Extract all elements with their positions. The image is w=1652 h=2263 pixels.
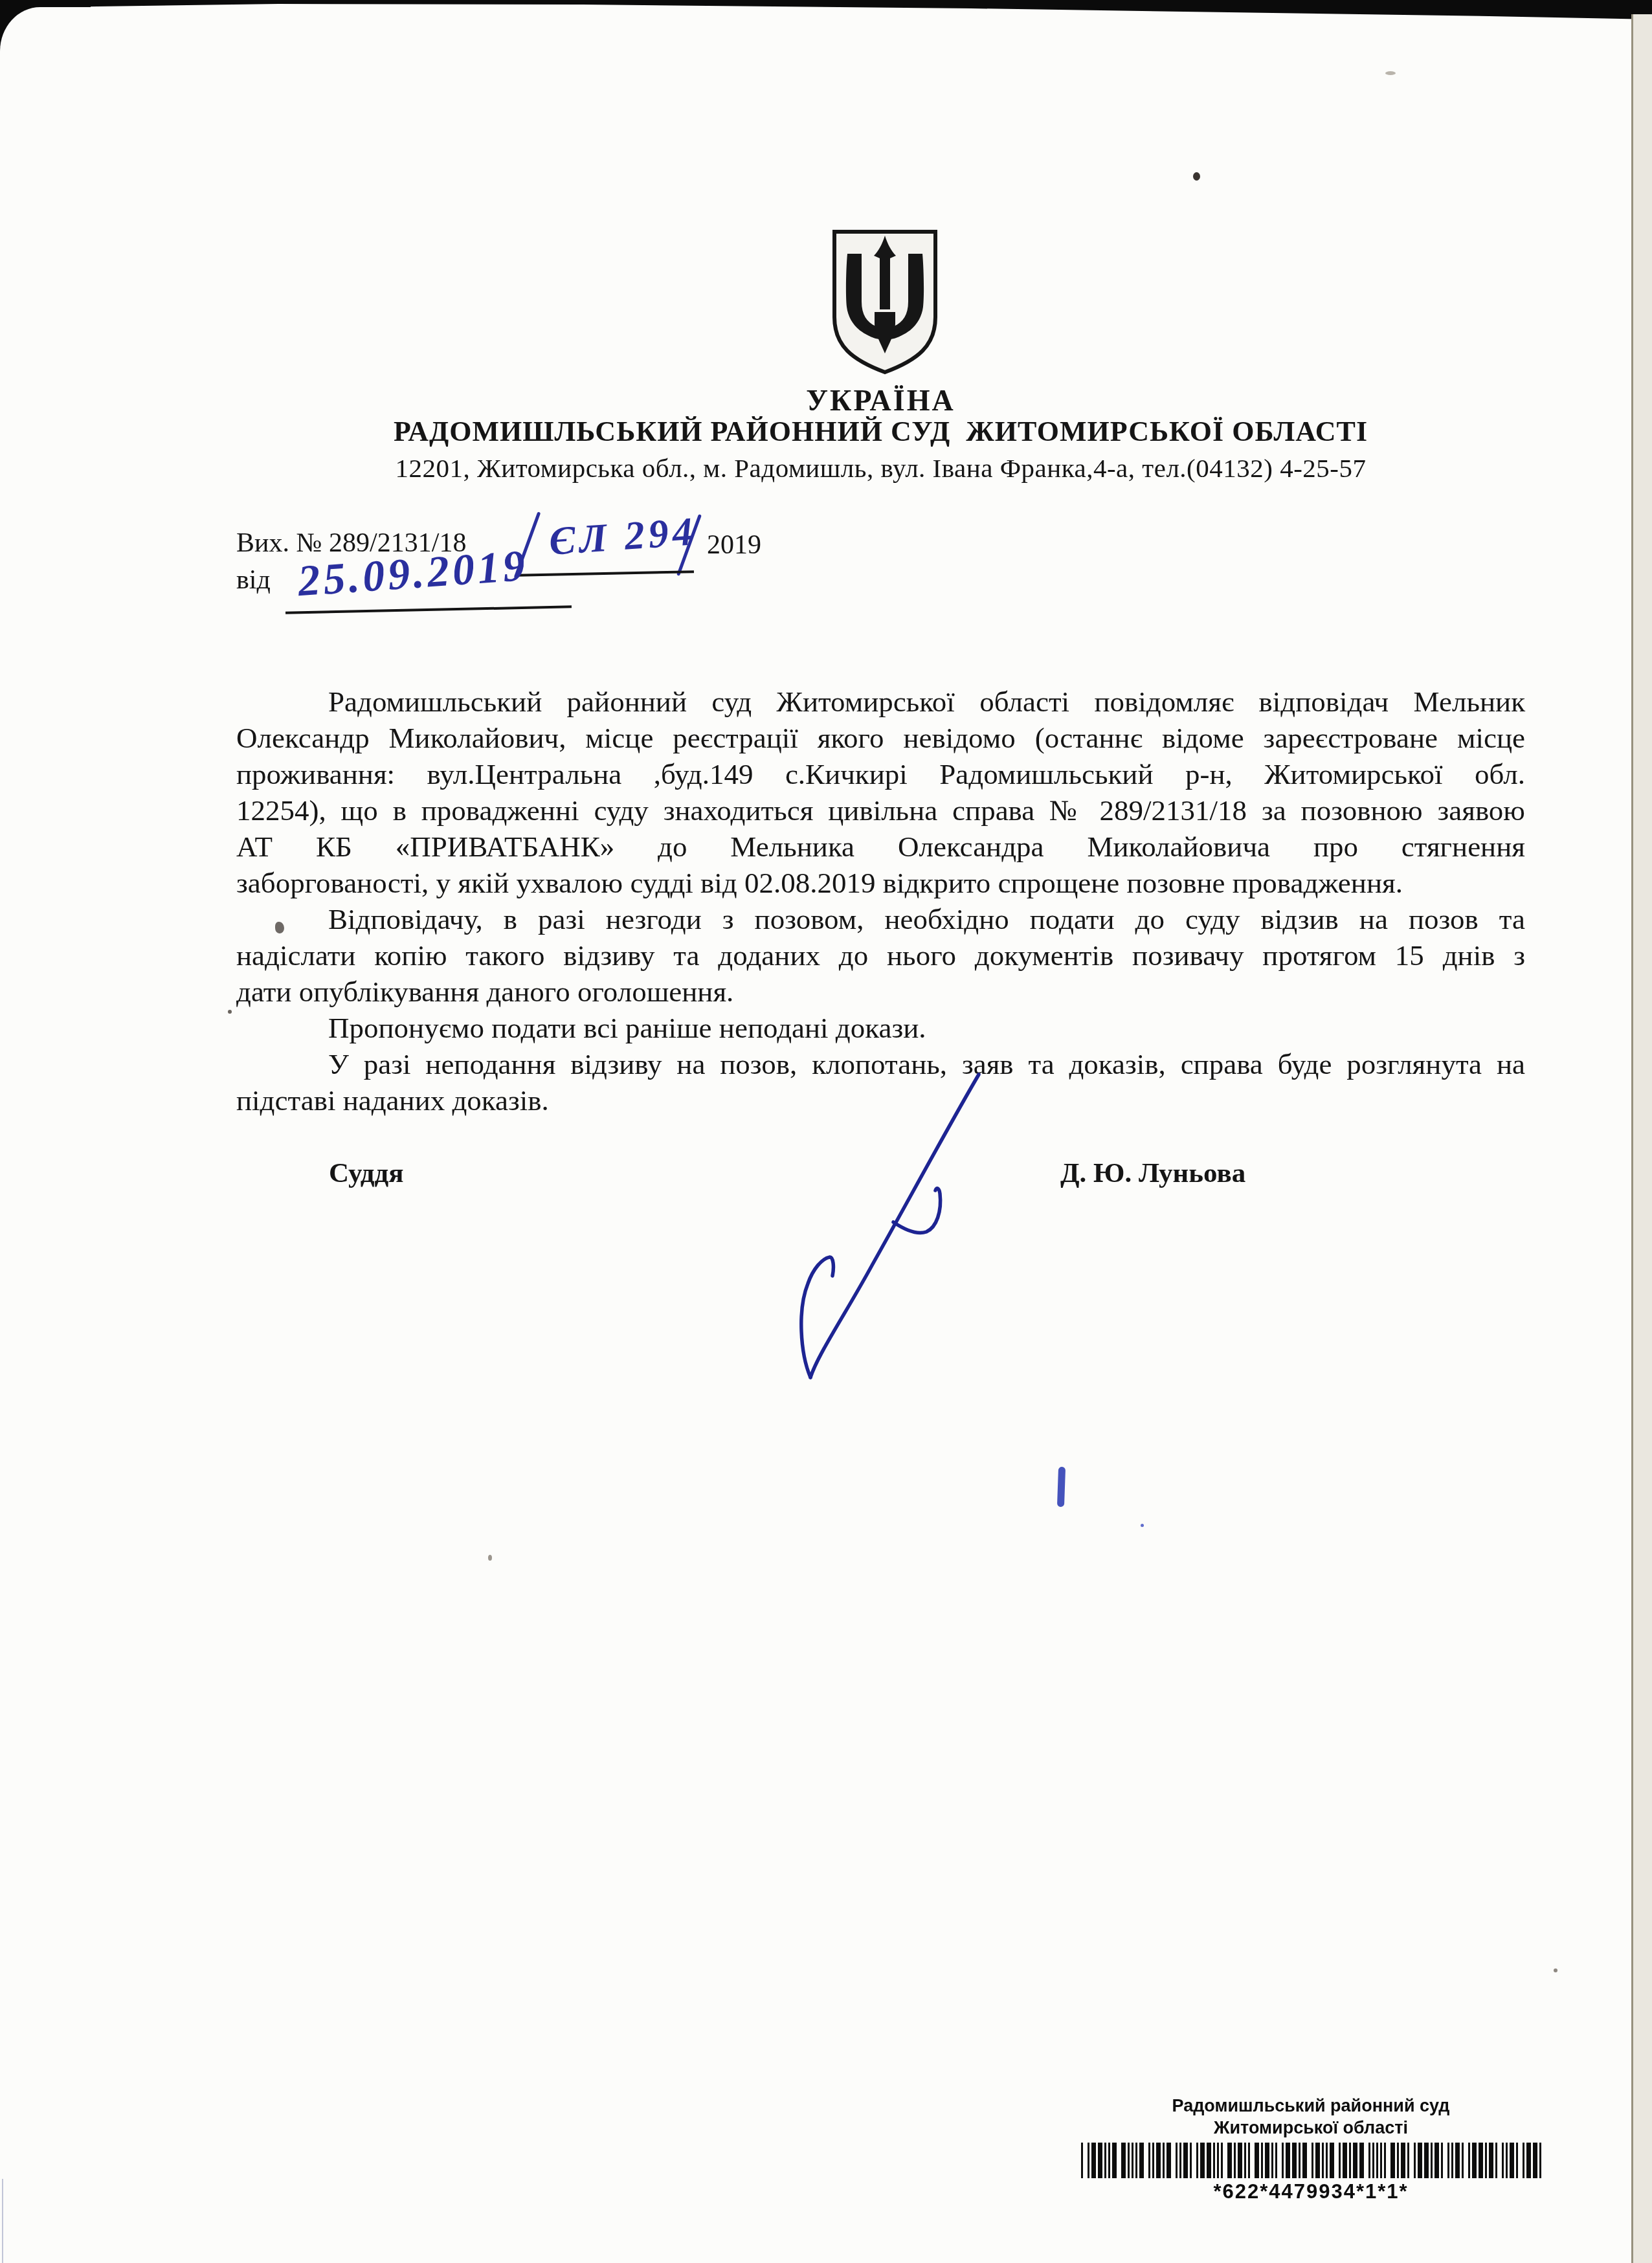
scan-speck	[1193, 172, 1200, 181]
judge-name: Д. Ю. Луньова	[1060, 1157, 1245, 1189]
judge-signature-ink	[790, 1060, 997, 1397]
country-title: УКРАЇНА	[236, 383, 1525, 418]
coat-of-arms-trident-icon	[829, 227, 941, 377]
body-line: Пропонуємо подати всі раніше неподані до…	[236, 1010, 1525, 1046]
body-line: Відповідачу, в разі незгоди з позовом, н…	[236, 901, 1525, 937]
date-underline	[285, 605, 572, 614]
court-stamp: Радомишльський районний суд Житомирської…	[1071, 2095, 1550, 2203]
barcode-text: *622*4479934*1*1*	[1071, 2180, 1550, 2203]
scan-artifact-corner	[0, 0, 91, 68]
scan-artifact-left-edge	[2, 2179, 3, 2263]
court-address: 12201, Житомирська обл., м. Радомишль, в…	[236, 452, 1525, 484]
scan-artifact-top-band	[0, 0, 1652, 21]
ink-dot	[1141, 1524, 1144, 1527]
ink-smudge	[1057, 1467, 1066, 1507]
body-line: Олександр Миколайович, місце реєстрації …	[236, 720, 1525, 756]
scan-speck	[1385, 71, 1396, 75]
ref-underline	[518, 570, 694, 577]
body-line: АТ КБ «ПРИВАТБАНК» до Мельника Олександр…	[236, 829, 1525, 865]
body-line: проживання: вул.Центральна ,буд.149 с.Ки…	[236, 756, 1525, 792]
scan-speck	[228, 1010, 232, 1014]
body-line: заборгованості, у якій ухвалою судді від…	[236, 865, 1525, 901]
ref-year: 2019	[707, 530, 761, 561]
scan-speck	[488, 1555, 492, 1561]
body-line: 12254), що в провадженні суду знаходитьс…	[236, 792, 1525, 829]
stamp-court-line2: Житомирської області	[1071, 2117, 1550, 2139]
scanned-court-letter: УКРАЇНА РАДОМИШЛЬСЬКИЙ РАЙОННИЙ СУД ЖИТО…	[0, 0, 1652, 2263]
date-label: від	[236, 564, 271, 596]
court-name: РАДОМИШЛЬСЬКИЙ РАЙОННИЙ СУД ЖИТОМИРСЬКОЇ…	[236, 415, 1525, 448]
stamp-court-line1: Радомишльський районний суд	[1071, 2095, 1550, 2117]
judge-label: Суддя	[329, 1157, 404, 1189]
body-text: Радомишльський районний суд Житомирської…	[236, 684, 1525, 1119]
scan-artifact-right-edge	[1631, 14, 1652, 2263]
handwritten-ref-number: ЄЛ 294	[548, 509, 698, 565]
barcode	[1081, 2143, 1541, 2178]
body-line: Радомишльський районний суд Житомирської…	[236, 684, 1525, 720]
body-line: надіслати копію такого відзиву та додани…	[236, 937, 1525, 974]
body-line: дати опублікування даного оголошення.	[236, 974, 1525, 1010]
scan-speck	[1554, 1968, 1557, 1972]
